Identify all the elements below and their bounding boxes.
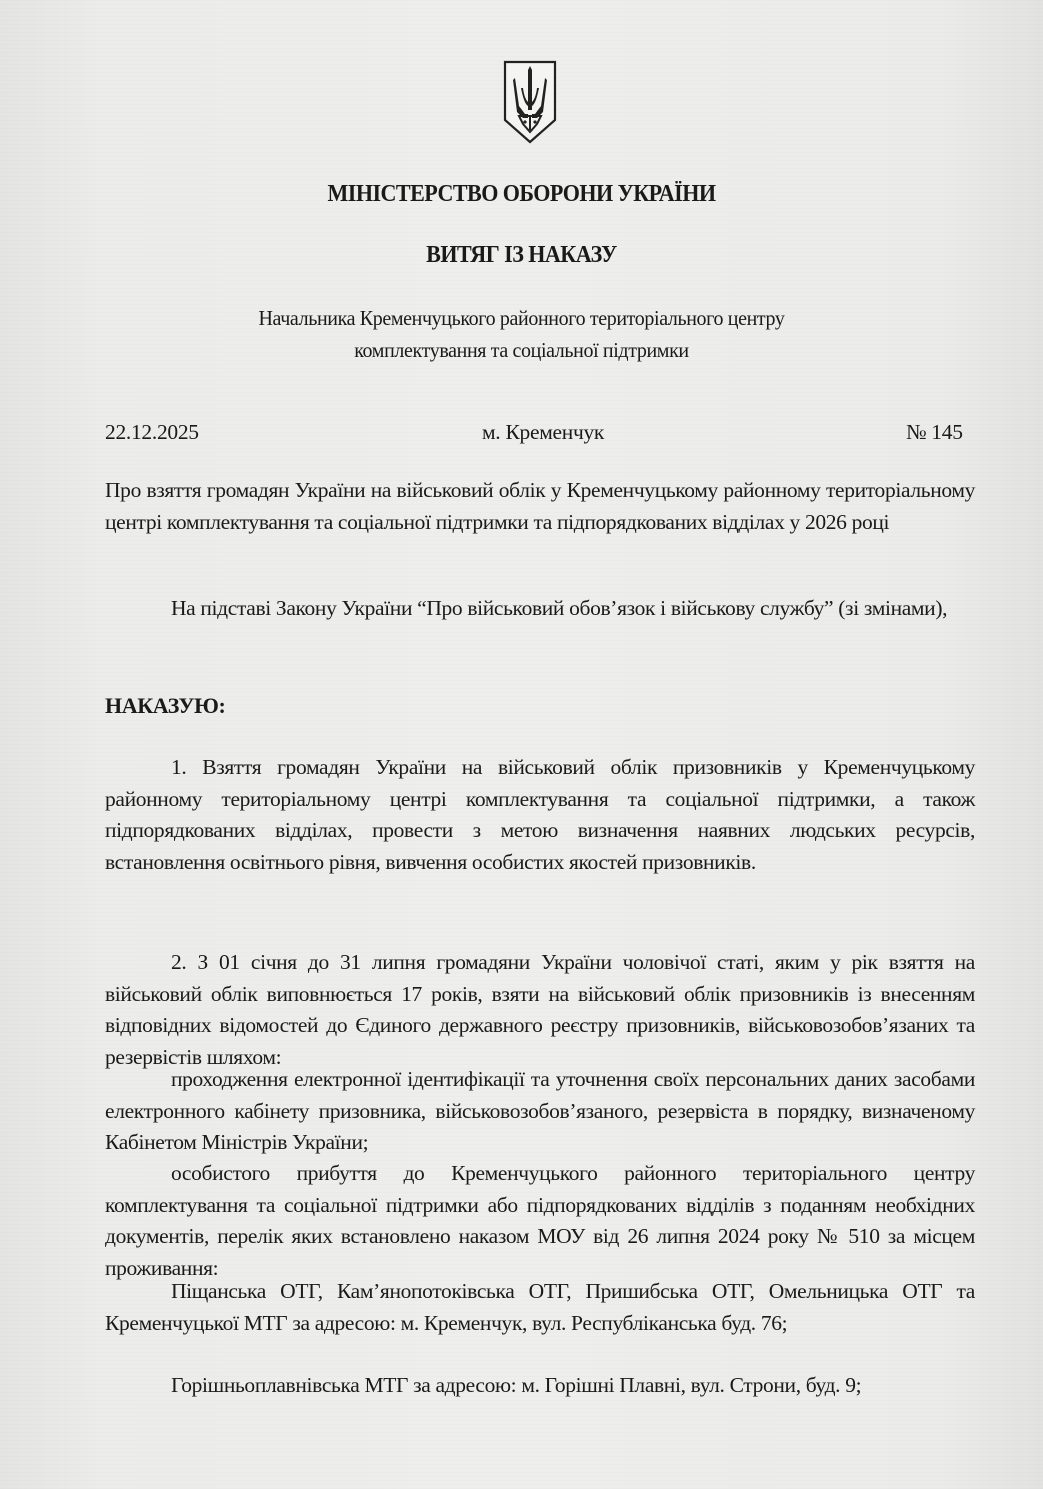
order-number: № 145 — [906, 420, 963, 445]
issuer-block: Начальника Кременчуцького районного тери… — [37, 302, 1007, 366]
coat-of-arms-icon — [501, 58, 559, 146]
address-entry-2: Горішньоплавнівська МТГ за адресою: м. Г… — [105, 1370, 975, 1402]
order-date: 22.12.2025 — [105, 420, 199, 445]
order-item-2: 2. З 01 січня до 31 липня громадяни Укра… — [105, 947, 975, 1073]
address-entry-1: Піщанська ОТГ, Кам’янопотоківська ОТГ, П… — [105, 1276, 975, 1339]
order-item-2-method-2: особистого прибуття до Кременчуцького ра… — [105, 1158, 975, 1284]
legal-basis: На підставі Закону України “Про військов… — [105, 593, 975, 625]
order-title: Про взяття громадян України на військови… — [105, 475, 975, 538]
document-type-heading: ВИТЯГ ІЗ НАКАЗУ — [42, 242, 1002, 269]
issuer-line-2: комплектування та соціальної підтримки — [37, 334, 1007, 366]
issuer-line-1: Начальника Кременчуцького районного тери… — [37, 302, 1007, 334]
order-item-1: 1. Взяття громадян України на військовий… — [105, 752, 975, 878]
order-item-2-method-1: проходження електронної ідентифікації та… — [105, 1064, 975, 1159]
order-city: м. Кременчук — [482, 420, 604, 445]
scanned-page: МІНІСТЕРСТВО ОБОРОНИ УКРАЇНИ ВИТЯГ ІЗ НА… — [0, 0, 1043, 1489]
ministry-heading: МІНІСТЕРСТВО ОБОРОНИ УКРАЇНИ — [42, 181, 1002, 208]
order-keyword: НАКАЗУЮ: — [105, 693, 225, 719]
